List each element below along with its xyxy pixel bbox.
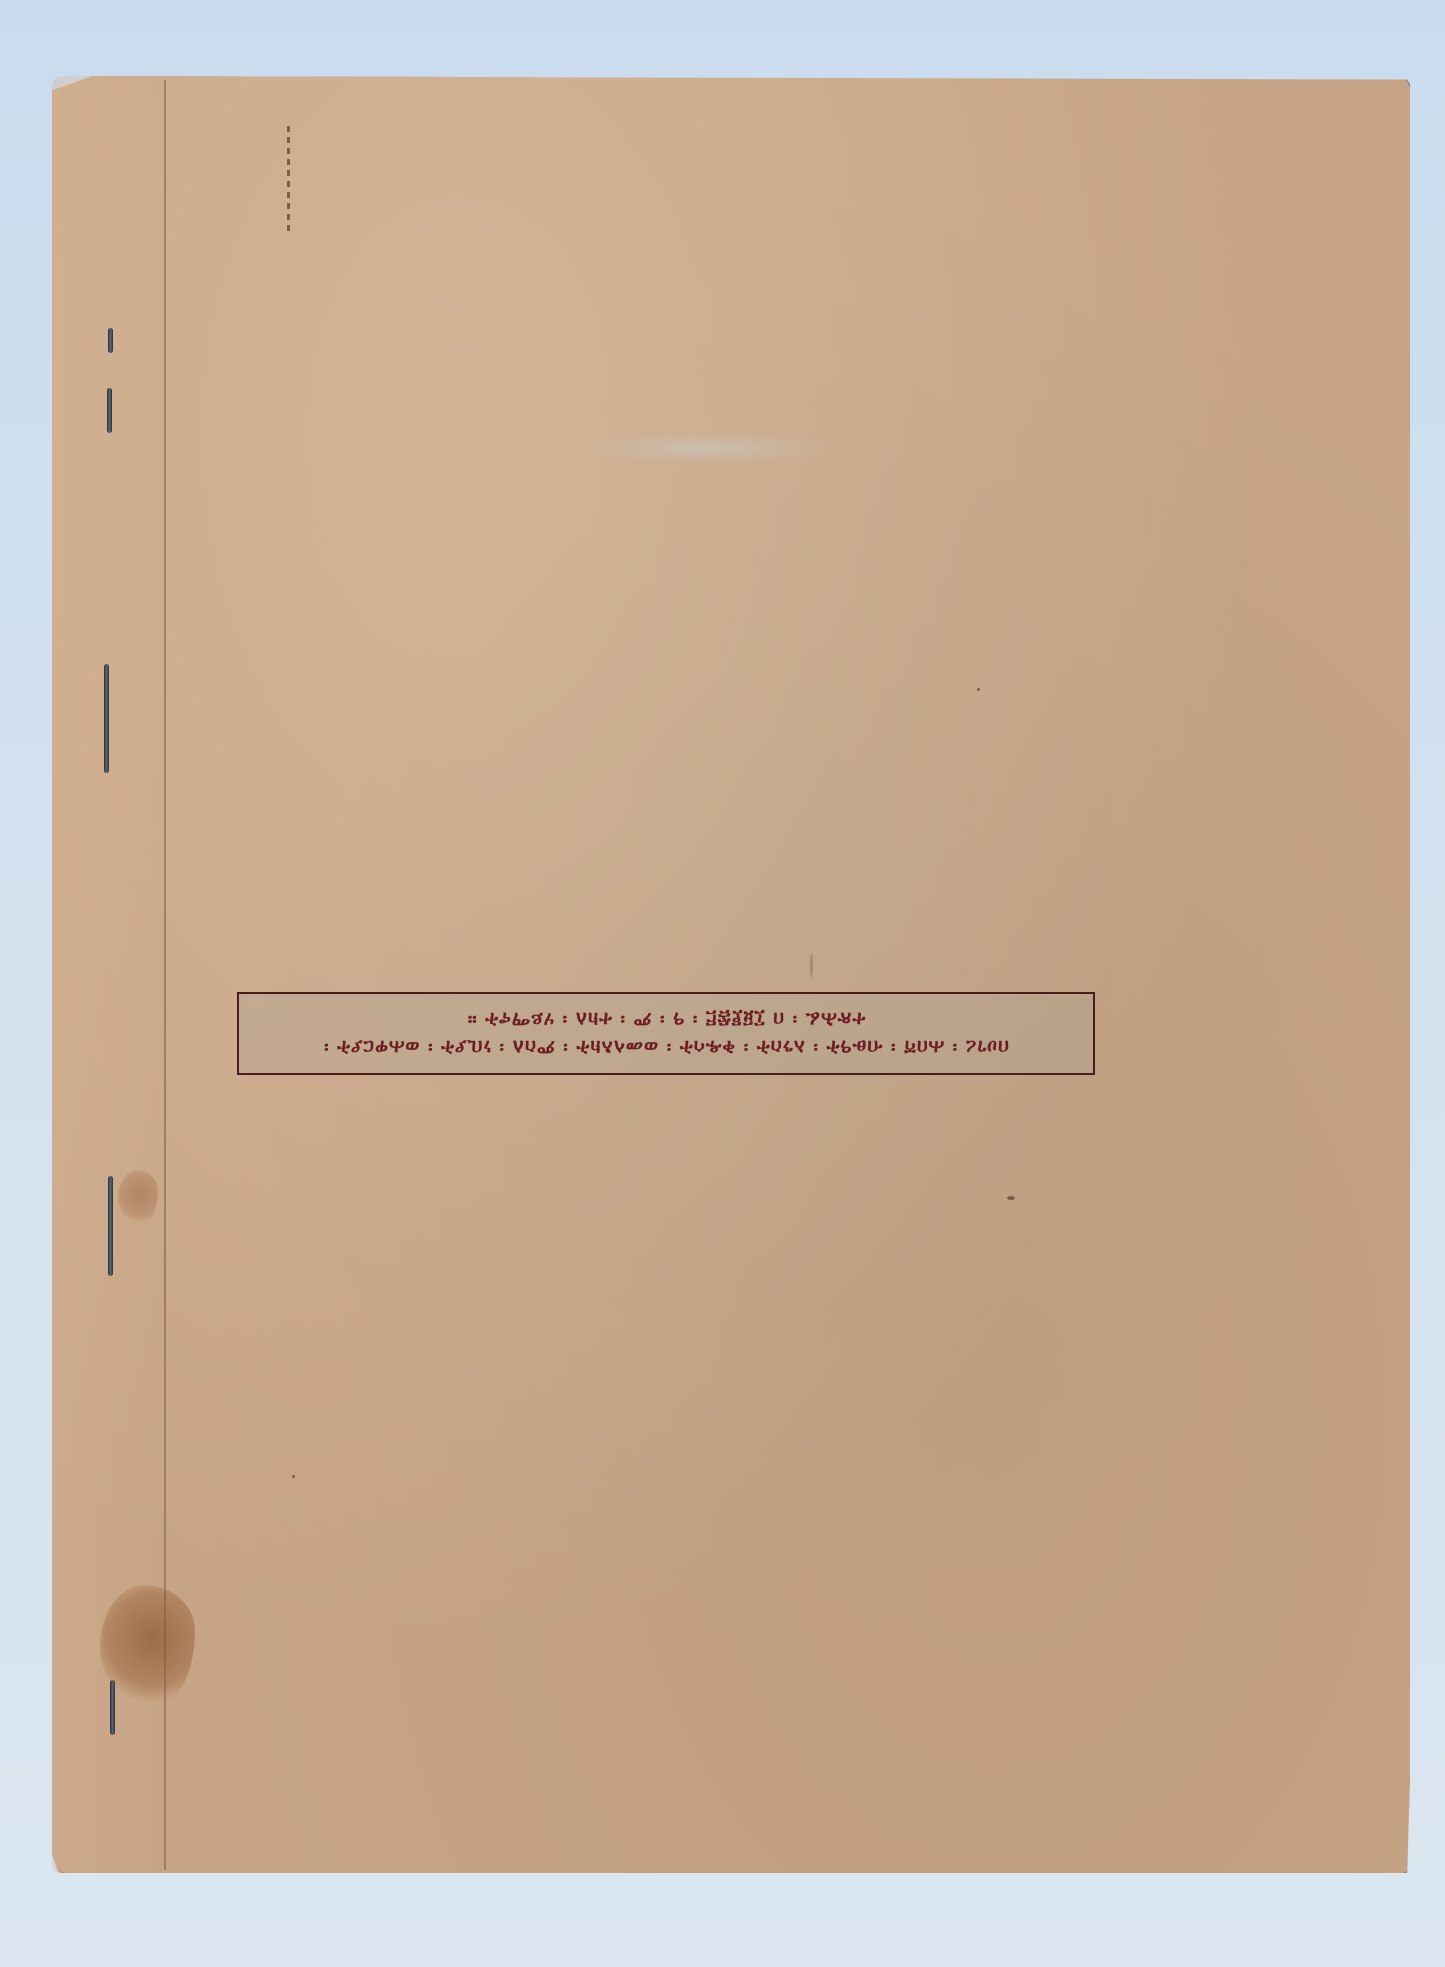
staple-icon: [108, 1176, 113, 1276]
speck: [810, 953, 813, 978]
title-line-1: በሀገረ ፡ ሐበሻ ፡ ብፁዓት ፡ አንስት ፡ ቅዱሳት ፡ ወመላእክት…: [323, 1037, 1009, 1059]
speck: [292, 1475, 295, 1478]
staple-icon: [107, 388, 112, 433]
speck: [1007, 1196, 1015, 1200]
booklet-cover: [52, 76, 1410, 1873]
title-line-2: ተጽሕፈ ፡ በ ፲፱፻፷፫ ፡ ዓ ፡ ም ፡ ተክለ ፡ ሃይማኖት ።: [467, 1009, 866, 1031]
title-text-upside-down: በሀገረ ፡ ሐበሻ ፡ ብፁዓት ፡ አንስት ፡ ቅዱሳት ፡ ወመላእክት…: [239, 994, 1093, 1073]
staple-icon: [110, 1680, 115, 1735]
water-stain: [118, 1170, 158, 1225]
staple-icon: [108, 328, 113, 353]
erased-label: [575, 432, 835, 464]
pencil-mark: [287, 126, 290, 236]
title-box: በሀገረ ፡ ሐበሻ ፡ ብፁዓት ፡ አንስት ፡ ቅዱሳት ፡ ወመላእክት…: [237, 992, 1095, 1075]
staple-icon: [104, 664, 109, 773]
speck: [977, 688, 980, 691]
